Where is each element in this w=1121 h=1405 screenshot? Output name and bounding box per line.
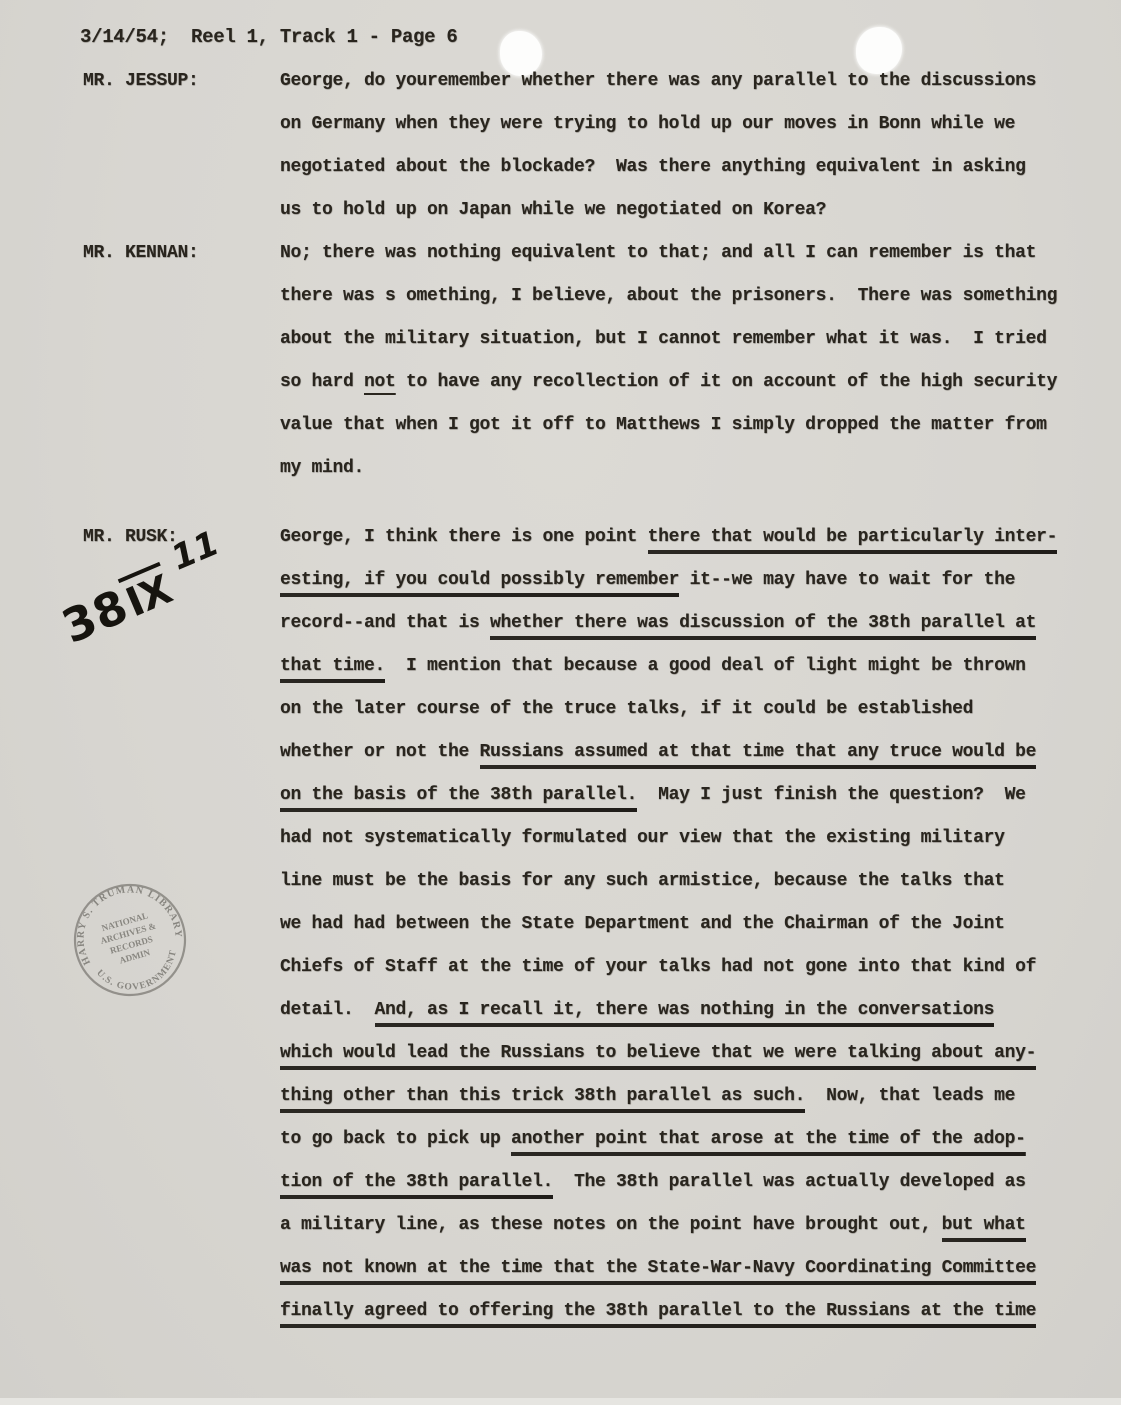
transcript-line: on Germany when they were trying to hold… xyxy=(280,103,1100,146)
transcript-line: George, I think there is one point there… xyxy=(280,516,1100,559)
transcript-line: had not systematically formulated our vi… xyxy=(280,817,1100,860)
text-segment: George, do youremember whether there was… xyxy=(280,71,1036,91)
text-segment: to go back to pick up xyxy=(280,1129,511,1149)
archive-stamp: HARRY S. TRUMAN LIBRARY U.S. GOVERNMENT … xyxy=(46,856,214,1024)
scan-edge xyxy=(0,1398,1121,1405)
underlined-text: which would lead the Russians to believe… xyxy=(280,1043,1036,1070)
text-segment: Chiefs of Staff at the time of your talk… xyxy=(280,957,1036,977)
transcript-line: finally agreed to offering the 38th para… xyxy=(280,1290,1100,1333)
text-segment: No; there was nothing equivalent to that… xyxy=(280,243,1036,263)
transcript-line: which would lead the Russians to believe… xyxy=(280,1032,1100,1075)
transcript-line: line must be the basis for any such armi… xyxy=(280,860,1100,903)
underlined-text: And, as I recall it, there was nothing i… xyxy=(375,1000,995,1027)
underlined-text: another point that arose at the time of … xyxy=(511,1129,1026,1156)
text-segment: so hard xyxy=(280,372,364,392)
text-segment: I mention that because a good deal of li… xyxy=(385,656,1026,676)
page-header: 3/14/54; Reel 1, Track 1 - Page 6 xyxy=(80,26,457,48)
text-segment: there was s omething, I believe, about t… xyxy=(280,286,1057,306)
underlined-text: whether there was discussion of the 38th… xyxy=(490,613,1036,640)
document-page: 3/14/54; Reel 1, Track 1 - Page 6 MR. JE… xyxy=(0,0,1121,1405)
transcript-line: Chiefs of Staff at the time of your talk… xyxy=(280,946,1100,989)
transcript-line: about the military situation, but I cann… xyxy=(280,318,1100,361)
speaker-block: George, I think there is one point there… xyxy=(280,516,1100,1333)
transcript-line: us to hold up on Japan while we negotiat… xyxy=(280,189,1100,232)
speaker-block: George, do youremember whether there was… xyxy=(280,60,1100,232)
underlined-text: esting, if you could possibly remember xyxy=(280,570,679,597)
transcript-line: there was s omething, I believe, about t… xyxy=(280,275,1100,318)
text-segment: we had had between the State Department … xyxy=(280,914,1005,934)
transcript-line: on the basis of the 38th parallel. May I… xyxy=(280,774,1100,817)
text-segment: had not systematically formulated our vi… xyxy=(280,828,1005,848)
transcript-line: we had had between the State Department … xyxy=(280,903,1100,946)
text-segment: record--and that is xyxy=(280,613,490,633)
transcript-line: esting, if you could possibly remember i… xyxy=(280,559,1100,602)
text-segment: line must be the basis for any such armi… xyxy=(280,871,1005,891)
transcript-line: my mind. xyxy=(280,447,1100,490)
transcript-line: George, do youremember whether there was… xyxy=(280,60,1100,103)
transcript-line: negotiated about the blockade? Was there… xyxy=(280,146,1100,189)
text-segment: it--we may have to wait for the xyxy=(679,570,1015,590)
text-segment: to have any recollection of it on accoun… xyxy=(396,372,1058,392)
speaker-label: MR. JESSUP: xyxy=(83,60,199,103)
text-segment: detail. xyxy=(280,1000,375,1020)
underlined-text: there that would be particularly inter- xyxy=(648,527,1058,554)
underlined-text: but what xyxy=(942,1215,1026,1242)
text-segment: negotiated about the blockade? Was there… xyxy=(280,157,1026,177)
text-segment: George, I think there is one point xyxy=(280,527,648,547)
text-segment: my mind. xyxy=(280,458,364,478)
transcript-line: value that when I got it off to Matthews… xyxy=(280,404,1100,447)
underlined-text: tion of the 38th parallel. xyxy=(280,1172,553,1199)
transcript-line: a military line, as these notes on the p… xyxy=(280,1204,1100,1247)
text-segment: about the military situation, but I cann… xyxy=(280,329,1047,349)
text-segment: May I just finish the question? We xyxy=(637,785,1026,805)
text-segment: whether or not the xyxy=(280,742,480,762)
speaker-block: No; there was nothing equivalent to that… xyxy=(280,232,1100,490)
underlined-text: Russians assumed at that time that any t… xyxy=(480,742,1037,769)
text-segment: on the later course of the truce talks, … xyxy=(280,699,973,719)
transcript-line: tion of the 38th parallel. The 38th para… xyxy=(280,1161,1100,1204)
underlined-text: not xyxy=(364,372,396,395)
underlined-text: finally agreed to offering the 38th para… xyxy=(280,1301,1036,1328)
text-segment: The 38th parallel was actually developed… xyxy=(553,1172,1026,1192)
transcript-line: so hard not to have any recollection of … xyxy=(280,361,1100,404)
underlined-text: thing other than this trick 38th paralle… xyxy=(280,1086,805,1113)
underlined-text: that time. xyxy=(280,656,385,683)
underlined-text: was not known at the time that the State… xyxy=(280,1258,1036,1285)
text-segment: Now, that leads me xyxy=(805,1086,1015,1106)
text-segment: on Germany when they were trying to hold… xyxy=(280,114,1015,134)
transcript-line: thing other than this trick 38th paralle… xyxy=(280,1075,1100,1118)
speaker-label: MR. KENNAN: xyxy=(83,232,199,275)
transcript-line: was not known at the time that the State… xyxy=(280,1247,1100,1290)
text-segment: us to hold up on Japan while we negotiat… xyxy=(280,200,826,220)
underlined-text: on the basis of the 38th parallel. xyxy=(280,785,637,812)
transcript-line: to go back to pick up another point that… xyxy=(280,1118,1100,1161)
transcript-line: on the later course of the truce talks, … xyxy=(280,688,1100,731)
transcript-line: that time. I mention that because a good… xyxy=(280,645,1100,688)
speaker-label: MR. RUSK: xyxy=(83,516,178,559)
transcript-line: detail. And, as I recall it, there was n… xyxy=(280,989,1100,1032)
transcript-line: whether or not the Russians assumed at t… xyxy=(280,731,1100,774)
transcript-line: No; there was nothing equivalent to that… xyxy=(280,232,1100,275)
text-segment: value that when I got it off to Matthews… xyxy=(280,415,1047,435)
transcript-line: record--and that is whether there was di… xyxy=(280,602,1100,645)
text-segment: a military line, as these notes on the p… xyxy=(280,1215,942,1235)
